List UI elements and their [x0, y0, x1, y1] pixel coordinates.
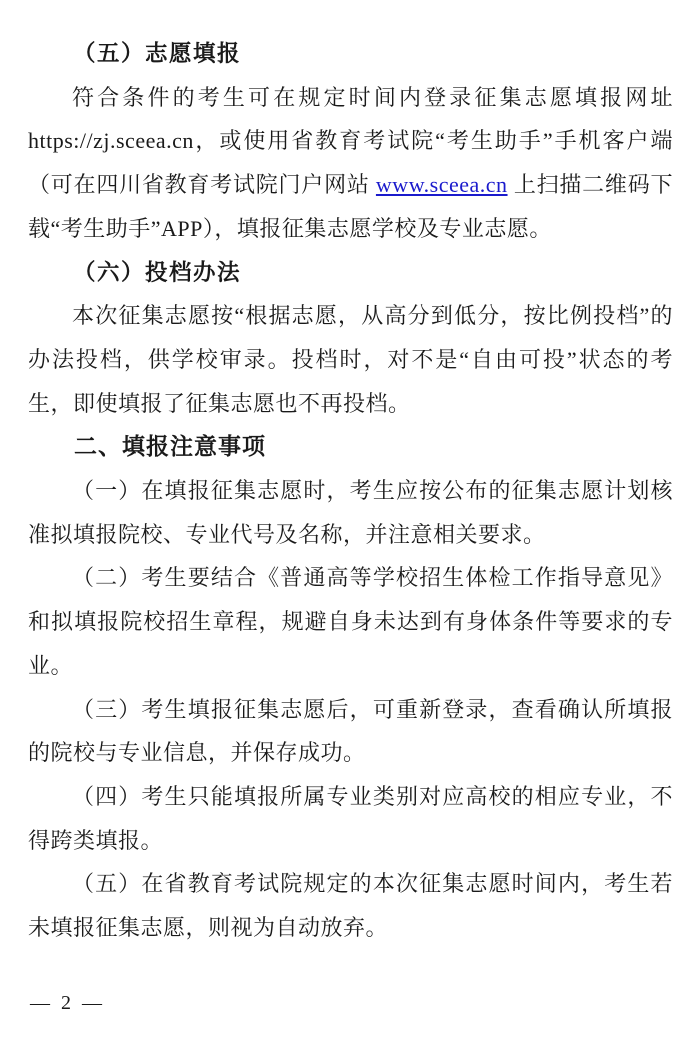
note-item-1: （一）在填报征集志愿时，考生应按公布的征集志愿计划核准拟填报院校、专业代号及名称… — [28, 469, 673, 556]
document-page: （五）志愿填报 符合条件的考生可在规定时间内登录征集志愿填报网址https://… — [0, 0, 699, 1046]
document-content: （五）志愿填报 符合条件的考生可在规定时间内登录征集志愿填报网址https://… — [28, 32, 673, 950]
sceea-portal-link[interactable]: www.sceea.cn — [376, 172, 508, 197]
note-item-4: （四）考生只能填报所属专业类别对应高校的相应专业，不得跨类填报。 — [28, 775, 673, 862]
paragraph-section-5: 符合条件的考生可在规定时间内登录征集志愿填报网址https://zj.sceea… — [28, 76, 673, 251]
heading-section-6-archiving-method: （六）投档办法 — [28, 251, 673, 295]
note-item-5: （五）在省教育考试院规定的本次征集志愿时间内，考生若未填报征集志愿，则视为自动放… — [28, 862, 673, 949]
page-number: — 2 — — [30, 992, 105, 1015]
heading-notes-section: 二、填报注意事项 — [28, 425, 673, 469]
heading-section-5-volunteer-filling: （五）志愿填报 — [28, 32, 673, 76]
paragraph-section-6: 本次征集志愿按“根据志愿，从高分到低分，按比例投档”的办法投档，供学校审录。投档… — [28, 294, 673, 425]
note-item-3: （三）考生填报征集志愿后，可重新登录，查看确认所填报的院校与专业信息，并保存成功… — [28, 688, 673, 775]
note-item-2: （二）考生要结合《普通高等学校招生体检工作指导意见》和拟填报院校招生章程，规避自… — [28, 556, 673, 687]
